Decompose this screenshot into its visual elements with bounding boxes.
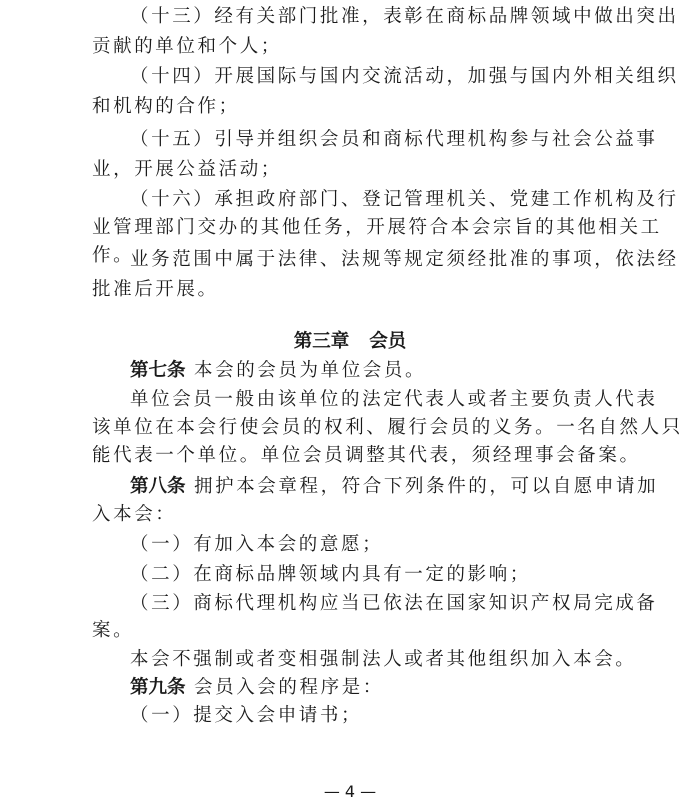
list-item: （二）在商标品牌领域内具有一定的影响； (130, 560, 612, 590)
chapter-number: 第三章 (294, 331, 350, 352)
list-item: （一）提交入会申请书； (130, 701, 612, 731)
article-text: 拥护本会章程，符合下列条件的，可以自愿申请加 (186, 476, 659, 497)
list-item: （三）商标代理机构应当已依法在国家知识产权局完成备 (130, 589, 612, 619)
article-label: 第九条 (130, 677, 186, 698)
paragraph-line: 单位会员一般由该单位的法定代表人或者主要负责人代表 (130, 385, 612, 415)
paragraph-line: 和机构的合作； (92, 92, 612, 122)
chapter-title: 会员 (369, 331, 406, 352)
list-item: （一）有加入本会的意愿； (130, 530, 612, 560)
paragraph-line: （十六）承担政府部门、登记管理机关、党建工作机构及行 (130, 185, 612, 215)
paragraph-line: 入本会： (92, 500, 612, 530)
article-text: 会员入会的程序是： (186, 677, 384, 698)
paragraph-line: 业务范围中属于法律、法规等规定须经批准的事项，依法经 (130, 245, 612, 275)
article-line: 第八条 拥护本会章程，符合下列条件的，可以自愿申请加 (130, 472, 612, 502)
paragraph-line: 本会不强制或者变相强制法人或者其他组织加入本会。 (130, 645, 612, 675)
paragraph-line: 该单位在本会行使会员的权利、履行会员的义务。一名自然人只 (92, 413, 612, 443)
paragraph-line: （十三）经有关部门批准，表彰在商标品牌领域中做出突出 (130, 2, 612, 32)
paragraph-line: 业管理部门交办的其他任务，开展符合本会宗旨的其他相关工 (92, 213, 612, 243)
article-line: 第七条 本会的会员为单位会员。 (130, 356, 612, 386)
paragraph-line: （十五）引导并组织会员和商标代理机构参与社会公益事 (130, 125, 612, 155)
paragraph-line: 案。 (92, 616, 612, 646)
article-text: 本会的会员为单位会员。 (186, 360, 427, 381)
paragraph-line: 业，开展公益活动； (92, 155, 612, 185)
paragraph-line: 能代表一个单位。单位会员调整其代表，须经理事会备案。 (92, 441, 612, 471)
page-number: — 4 — (0, 782, 700, 801)
chapter-heading: 第三章会员 (0, 327, 700, 357)
article-label: 第七条 (130, 360, 186, 381)
article-line: 第九条 会员入会的程序是： (130, 673, 612, 703)
document-page: （十三）经有关部门批准，表彰在商标品牌领域中做出突出 贡献的单位和个人； （十四… (0, 0, 700, 809)
article-label: 第八条 (130, 476, 186, 497)
paragraph-line: （十四）开展国际与国内交流活动，加强与国内外相关组织 (130, 62, 612, 92)
paragraph-line: 批准后开展。 (92, 275, 612, 305)
paragraph-line: 贡献的单位和个人； (92, 32, 612, 62)
